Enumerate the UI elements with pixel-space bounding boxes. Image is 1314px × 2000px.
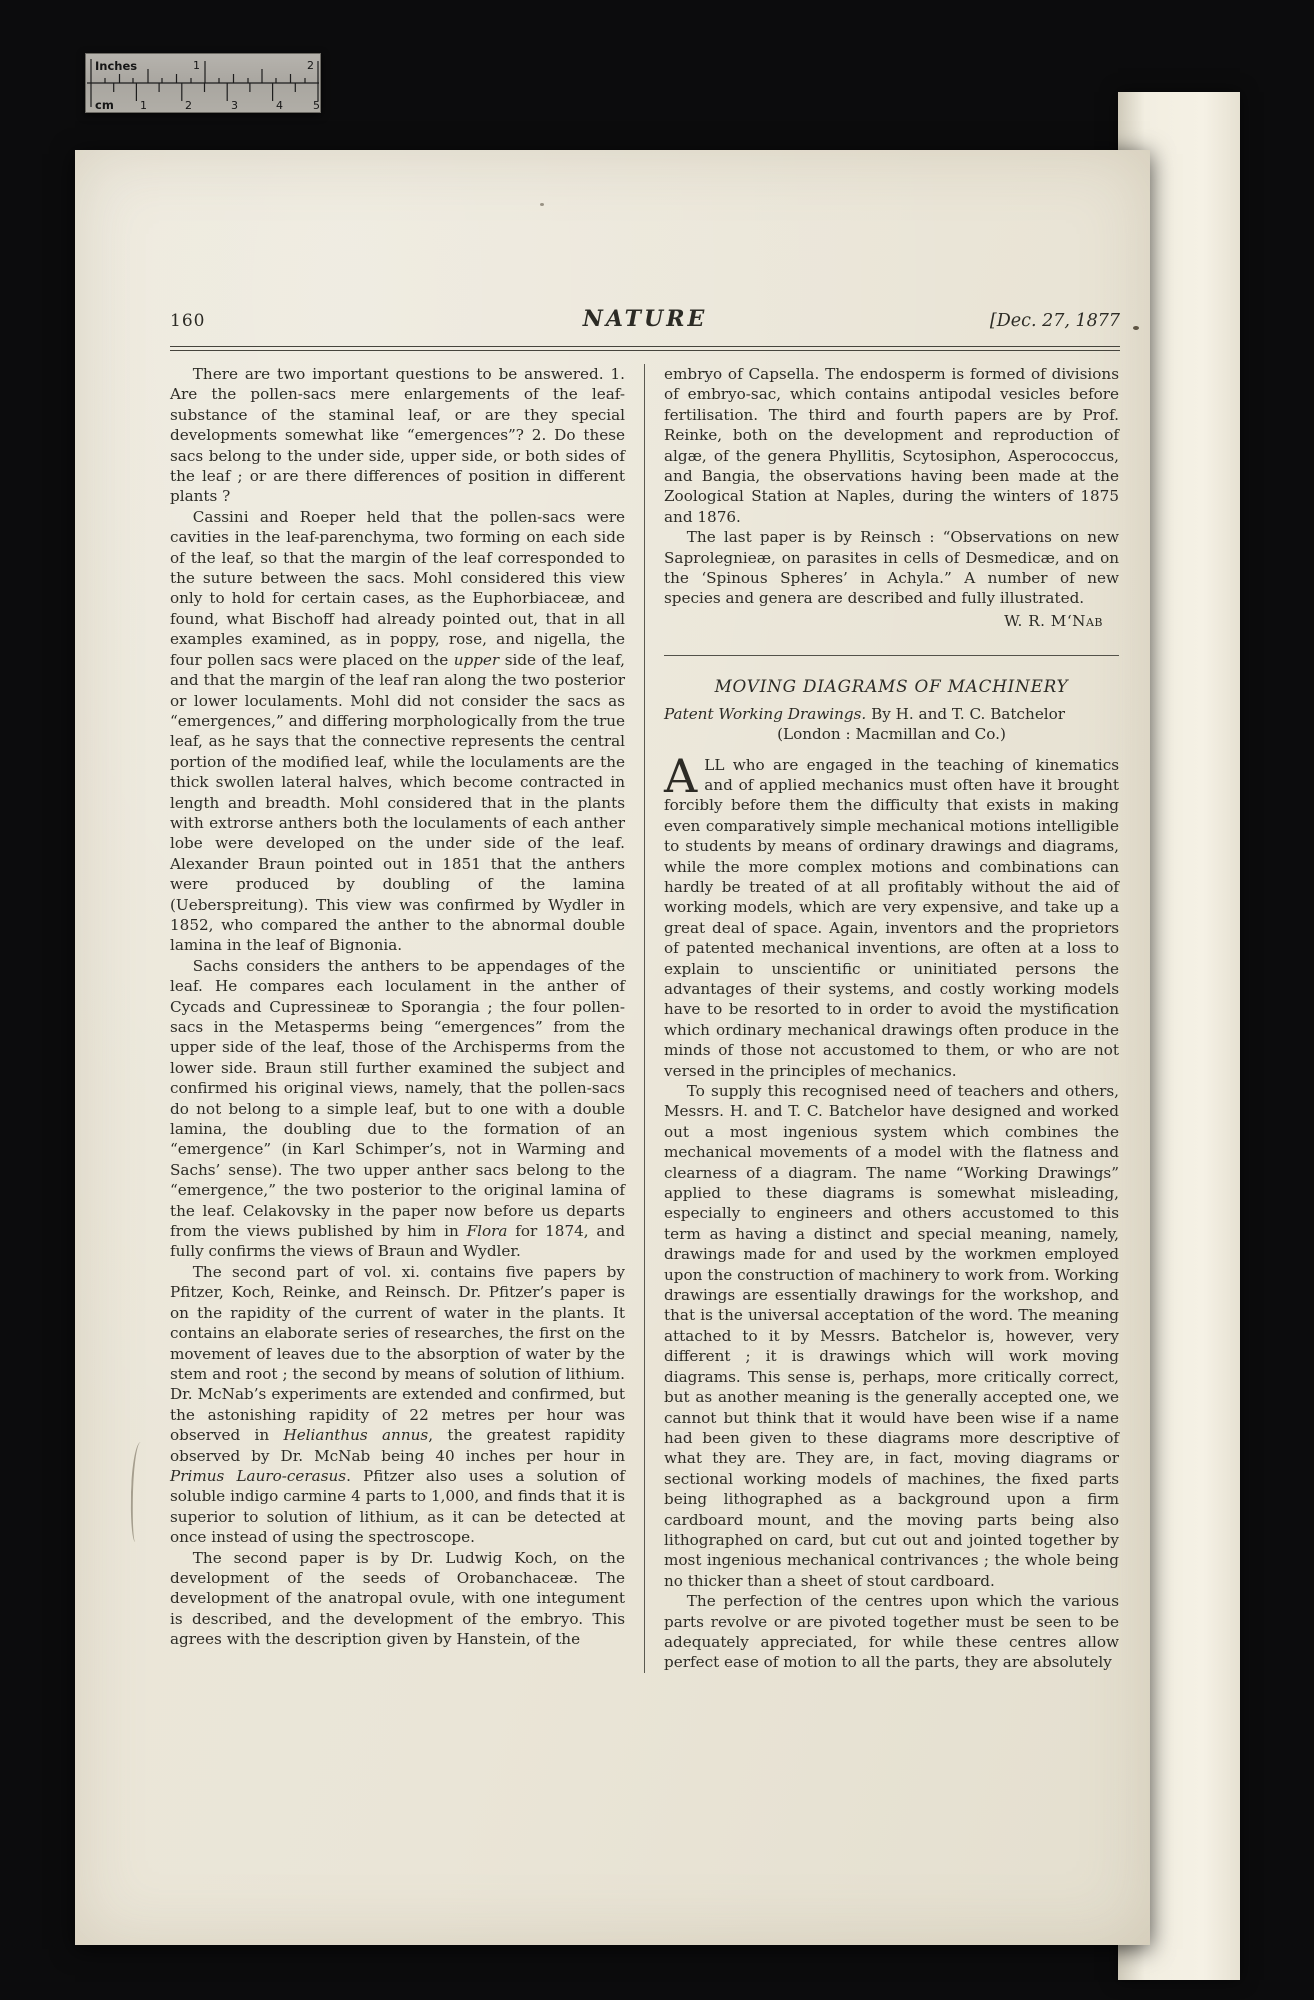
ruler-cm-number-3: 3 [231,99,238,112]
section-divider-rule [664,655,1119,656]
ruler-cm-number-1: 1 [140,99,147,112]
text-columns: There are two important questions to be … [170,364,1120,1673]
paragraph: To supply this recognised need of teache… [664,1081,1119,1591]
ruler-inch-number-1: 1 [193,59,200,72]
article-publisher: (London : Macmillan and Co.) [664,724,1119,744]
left-column: There are two important questions to be … [170,364,644,1673]
paragraph: Cassini and Roeper held that the pollen-… [170,507,625,956]
ruler-inch-number-2: 2 [307,59,314,72]
paragraph: ALL who are engaged in the teaching of k… [664,755,1119,1082]
ruler-graphic: Inches cm 1 2 1 2 3 4 5 [85,53,321,113]
page-number: 160 [170,311,205,331]
paper-speck [1133,326,1139,330]
ruler-cm-label: cm [95,98,114,112]
lead-text: LL who are engaged in the teaching of ki… [664,756,1119,1080]
paragraph: The second paper is by Dr. Ludwig Koch, … [170,1548,625,1650]
ruler-cm-number-2: 2 [185,99,192,112]
author-signature: W. R. M‘Nab [664,611,1103,631]
journal-page: 160 NATURE [Dec. 27, 1877 There are two … [75,150,1150,1945]
right-column: embryo of Capsella. The endosperm is for… [644,364,1119,1673]
page-header: 160 NATURE [Dec. 27, 1877 [170,306,1120,332]
ruler-cm-number-5: 5 [313,99,320,112]
paragraph: The perfection of the centres upon which… [664,1591,1119,1673]
ruler-cm-number-4: 4 [276,99,283,112]
paragraph: The second part of vol. xi. contains fiv… [170,1262,625,1548]
paper-speck [540,203,544,206]
ruler-inches-label: Inches [95,59,137,73]
paragraph: The last paper is by Reinsch : “Observat… [664,527,1119,609]
issue-date: [Dec. 27, 1877 [990,311,1120,331]
drop-cap: A [664,755,704,794]
paragraph: Sachs considers the anthers to be append… [170,956,625,1262]
ruler: Inches cm 1 2 1 2 3 4 5 [85,53,321,113]
paragraph: embryo of Capsella. The endosperm is for… [664,364,1119,527]
article-title: MOVING DIAGRAMS OF MACHINERY [664,676,1119,696]
pencil-margin-mark [130,1442,147,1542]
journal-title: NATURE [583,306,708,332]
article-byline: Patent Working Drawings. By H. and T. C.… [664,704,1119,724]
scanned-document-scene: Inches cm 1 2 1 2 3 4 5 160 NATURE [Dec.… [0,0,1314,2000]
header-double-rule [170,346,1120,351]
paragraph: There are two important questions to be … [170,364,625,507]
